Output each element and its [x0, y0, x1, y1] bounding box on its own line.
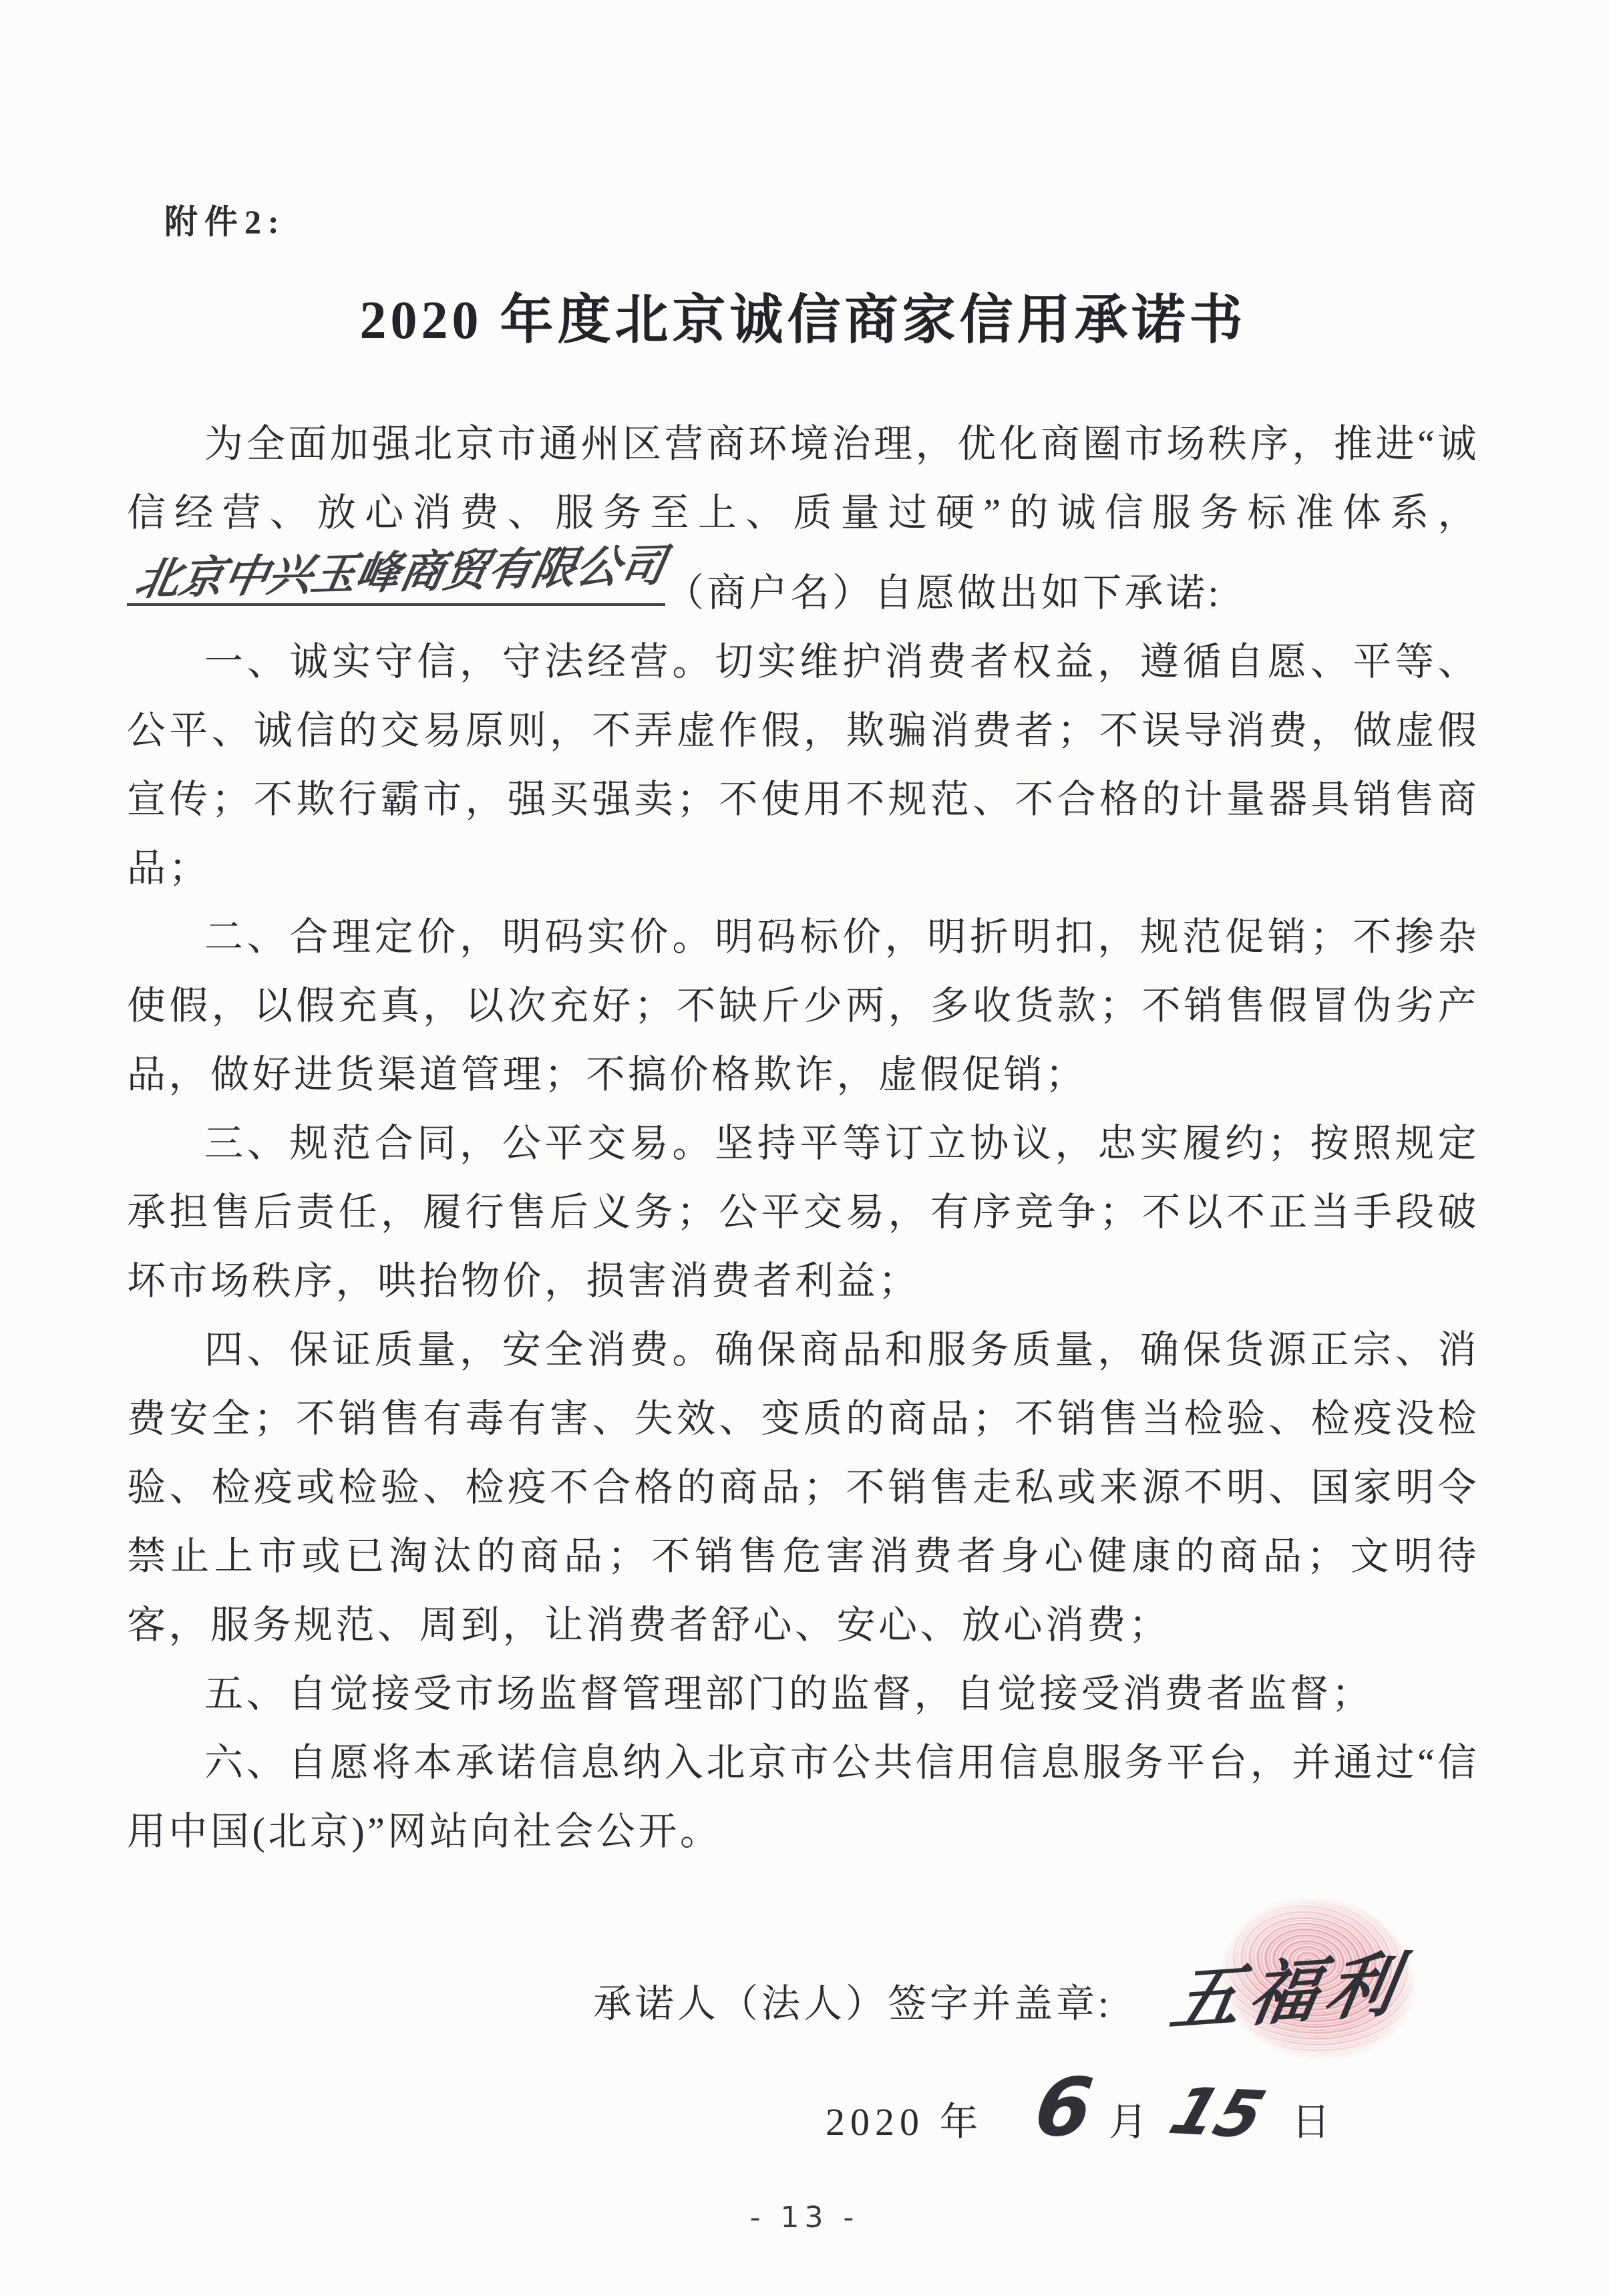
- signature-label: 承诺人（法人）签字并盖章:: [593, 1972, 1112, 2028]
- merchant-name-handwriting: 北京中兴玉峰商贸有限公司: [130, 531, 671, 614]
- date-line: 2020 年 6 月 15 日: [826, 2062, 1336, 2154]
- commitment-item-4: 四、保证质量，安全消费。确保商品和服务质量，确保货源正宗、消费安全；不销售有毒有…: [127, 1315, 1479, 1659]
- attachment-label: 附件2:: [164, 195, 1479, 243]
- legal-person-signature-handwriting: 五福利: [1164, 1927, 1414, 2045]
- intro-text-after: （商户名）自愿做出如下承诺:: [665, 571, 1222, 615]
- merchant-name-blank: 北京中兴玉峰商贸有限公司: [127, 547, 665, 606]
- date-month-handwriting: 6: [1029, 2062, 1098, 2154]
- commitment-item-3: 三、规范合同，公平交易。坚持平等订立协议，忠实履约；按照规定承担售后责任，履行售…: [127, 1109, 1479, 1315]
- commitment-item-2: 二、合理定价，明码实价。明码标价，明折明扣，规范促销；不掺杂使假，以假充真，以次…: [127, 903, 1479, 1109]
- date-month-label: 月: [1109, 2090, 1153, 2146]
- commitment-item-1: 一、诚实守信，守法经营。切实维护消费者权益，遵循自愿、平等、公平、诚信的交易原则…: [127, 627, 1479, 903]
- document-page: 附件2: 2020 年度北京诚信商家信用承诺书 为全面加强北京市通州区营商环境治…: [0, 0, 1609, 2296]
- commitment-item-5: 五、自觉接受市场监督管理部门的监督，自觉接受消费者监督；: [127, 1659, 1479, 1728]
- intro-paragraph: 为全面加强北京市通州区营商环境治理，优化商圈市场秩序，推进“诚信经营、放心消费、…: [127, 409, 1479, 627]
- date-day-handwriting: 15: [1161, 2074, 1274, 2153]
- document-title: 2020 年度北京诚信商家信用承诺书: [127, 277, 1479, 353]
- page-number: - 13 -: [0, 2200, 1609, 2235]
- intro-text: 为全面加强北京市通州区营商环境治理，优化商圈市场秩序，推进“诚信经营、放心消费、…: [127, 422, 1479, 534]
- date-day-label: 日: [1292, 2090, 1336, 2146]
- document-content: 附件2: 2020 年度北京诚信商家信用承诺书 为全面加强北京市通州区营商环境治…: [127, 195, 1479, 1866]
- commitment-item-6: 六、自愿将本承诺信息纳入北京市公共信用信息服务平台，并通过“信用中国(北京)”网…: [127, 1728, 1479, 1866]
- date-year-text: 2020 年: [826, 2090, 984, 2146]
